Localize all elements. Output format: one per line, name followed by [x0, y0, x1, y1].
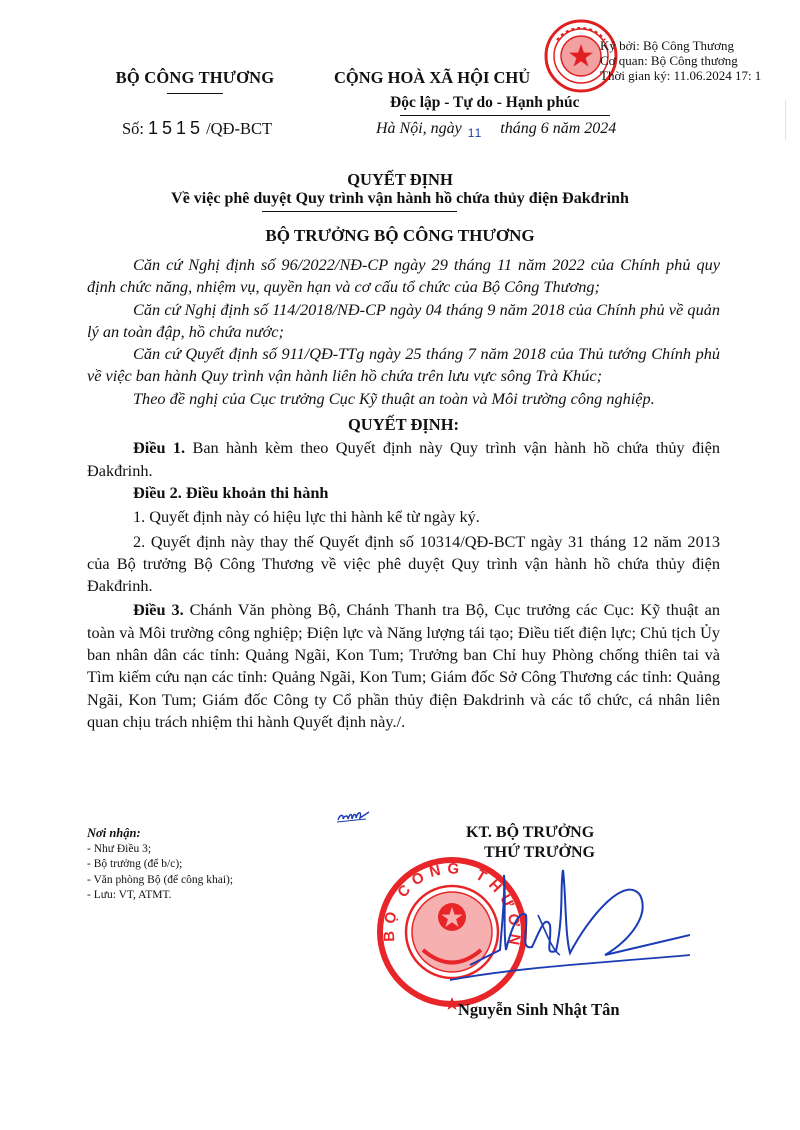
preamble-paragraph: Căn cứ Nghị định số 96/2022/NĐ-CP ngày 2…: [87, 254, 720, 299]
document-subject: Về việc phê duyệt Quy trình vận hành hồ …: [0, 190, 800, 208]
signed-by: Ký bởi: Bộ Công Thương: [600, 38, 761, 53]
article-2-clause: 1. Quyết định này có hiệu lực thi hành k…: [87, 506, 720, 528]
article-1-label: Điều 1.: [133, 438, 185, 457]
issuing-authority: BỘ TRƯỞNG BỘ CÔNG THƯƠNG: [0, 226, 800, 246]
article-3: Điều 3. Chánh Văn phòng Bộ, Chánh Thanh …: [87, 599, 720, 733]
handwritten-signature-icon: [440, 855, 690, 995]
recipient-item: - Lưu: VT, ATMT.: [87, 888, 233, 904]
document-number-label: Số:: [122, 119, 144, 138]
recipient-item: - Như Điều 3;: [87, 842, 233, 858]
signing-time: Thời gian ký: 11.06.2024 17: 1: [600, 68, 761, 83]
recipient-item: - Văn phòng Bộ (để công khai);: [87, 873, 233, 889]
document-number-value: 1515: [148, 118, 204, 138]
recipients-list: Nơi nhận: - Như Điều 3; - Bộ trưởng (để …: [87, 826, 233, 904]
handwritten-day: 11: [468, 126, 482, 140]
place-date-suffix: tháng 6 năm 2024: [500, 120, 616, 137]
issuing-agency: BỘ CÔNG THƯƠNG: [80, 68, 310, 88]
digital-signature-info: Ký bởi: Bộ Công Thương Cơ quan: Bộ Công …: [600, 38, 761, 83]
place-date-prefix: Hà Nội, ngày: [376, 120, 462, 137]
article-2-heading: Điều 2. Điều khoản thi hành: [87, 482, 720, 504]
signer-name: Nguyễn Sinh Nhật Tân: [458, 1000, 620, 1020]
decision-heading: QUYẾT ĐỊNH:: [87, 414, 720, 436]
place-and-date: Hà Nội, ngày11tháng 6 năm 2024: [376, 120, 616, 138]
article-1: Điều 1. Ban hành kèm theo Quyết định này…: [87, 437, 720, 482]
article-3-text: Chánh Văn phòng Bộ, Chánh Thanh tra Bộ, …: [87, 600, 720, 730]
recipient-item: - Bộ trưởng (để b/c);: [87, 857, 233, 873]
recipients-heading: Nơi nhận:: [87, 826, 233, 842]
issuing-agency-block: BỘ CÔNG THƯƠNG: [80, 68, 310, 94]
preamble-paragraph: Theo đề nghị của Cục trưởng Cục Kỹ thuật…: [87, 388, 720, 410]
article-2-clause: 2. Quyết định này thay thế Quyết định số…: [87, 531, 720, 598]
document-number-suffix: /QĐ-BCT: [206, 119, 272, 138]
scan-edge-line: [785, 100, 786, 140]
national-motto: Độc lập - Tự do - Hạnh phúc: [390, 94, 579, 112]
subject-underline: [262, 211, 457, 212]
article-3-label: Điều 3.: [133, 600, 184, 619]
preamble-paragraph: Căn cứ Nghị định số 114/2018/NĐ-CP ngày …: [87, 299, 720, 344]
agency-underline: [167, 93, 223, 94]
signing-agency: Cơ quan: Bộ Công thương: [600, 53, 761, 68]
document-type-heading: QUYẾT ĐỊNH: [0, 170, 800, 190]
motto-underline: [400, 115, 610, 116]
preamble-paragraph: Căn cứ Quyết định số 911/QĐ-TTg ngày 25 …: [87, 343, 720, 388]
signer-title-line1: KT. BỘ TRƯỞNG: [466, 824, 594, 842]
document-body: Căn cứ Nghị định số 96/2022/NĐ-CP ngày 2…: [87, 254, 720, 733]
initials-mark-icon: [336, 808, 372, 824]
document-number: Số:1515/QĐ-BCT: [122, 118, 272, 139]
national-title: CỘNG HOÀ XÃ HỘI CHỦ: [334, 68, 530, 88]
